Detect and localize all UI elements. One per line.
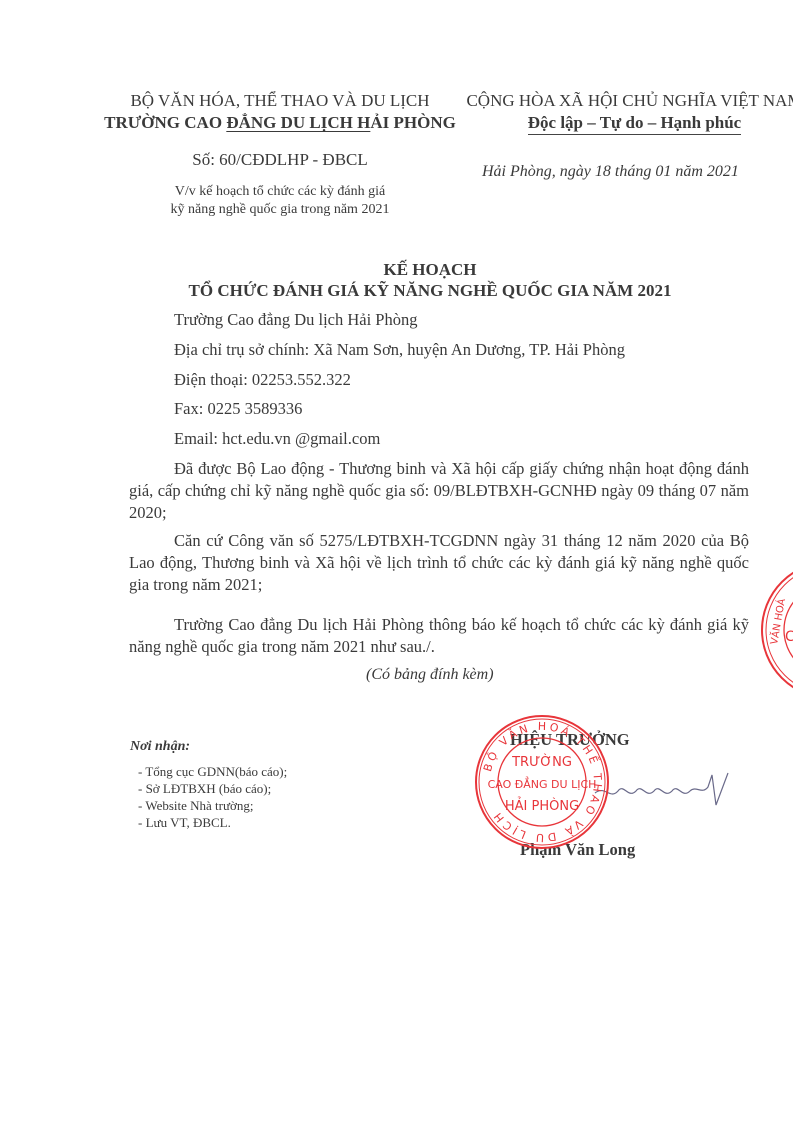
svg-text:C: C: [785, 629, 793, 645]
republic-name: CỘNG HÒA XÃ HỘI CHỦ NGHĨA VIỆT NAM: [462, 90, 793, 112]
info-email: Email: hct.edu.vn @gmail.com: [174, 429, 380, 449]
recipient-item: - Sở LĐTBXH (báo cáo);: [138, 781, 271, 797]
school-name: TRƯỜNG CAO ĐẲNG DU LỊCH HẢI PHÒNG: [100, 112, 460, 134]
ministry-name: BỘ VĂN HÓA, THỂ THAO VÀ DU LỊCH: [100, 90, 460, 112]
partial-seal-edge: VĂN HOÁ C: [755, 555, 793, 705]
issuing-authority-block: BỘ VĂN HÓA, THỂ THAO VÀ DU LỊCH TRƯỜNG C…: [100, 90, 460, 134]
recipient-item: - Lưu VT, ĐBCL.: [138, 815, 231, 831]
info-school: Trường Cao đẳng Du lịch Hải Phòng: [174, 310, 417, 330]
national-motto: Độc lập – Tự do – Hạnh phúc: [462, 112, 793, 134]
recipient-item: - Website Nhà trường;: [138, 798, 254, 814]
attachment-note: (Có bảng đính kèm): [366, 666, 494, 684]
document-subject: V/v kế hoạch tổ chức các kỳ đánh giá kỹ …: [100, 183, 460, 219]
document-title: KẾ HOẠCH TỔ CHỨC ĐÁNH GIÁ KỸ NĂNG NGHỀ Q…: [120, 259, 740, 301]
handwritten-signature: [590, 765, 730, 815]
paragraph-certification: Đã được Bộ Lao động - Thương binh và Xã …: [129, 458, 749, 524]
info-fax: Fax: 0225 3589336: [174, 399, 302, 419]
info-address: Địa chỉ trụ sở chính: Xã Nam Sơn, huyện …: [174, 340, 625, 360]
recipients-title: Nơi nhận:: [130, 739, 190, 755]
national-header-block: CỘNG HÒA XÃ HỘI CHỦ NGHĨA VIỆT NAM Độc l…: [462, 90, 793, 134]
info-phone: Điện thoại: 02253.552.322: [174, 370, 351, 390]
recipient-item: - Tổng cục GDNN(báo cáo);: [138, 764, 287, 780]
paragraph-announcement: Trường Cao đẳng Du lịch Hải Phòng thông …: [129, 614, 749, 658]
document-number: Số: 60/CĐDLHP - ĐBCL: [100, 150, 460, 170]
svg-text:CAO ĐẲNG DU LỊCH: CAO ĐẲNG DU LỊCH: [488, 776, 597, 791]
svg-text:HẢI PHÒNG: HẢI PHÒNG: [505, 797, 579, 814]
paragraph-legal-basis: Căn cứ Công văn số 5275/LĐTBXH-TCGDNN ng…: [129, 530, 749, 596]
svg-text:TRƯỜNG: TRƯỜNG: [511, 754, 572, 770]
official-seal: BỘ VĂN HOÁ THỂ THAO VÀ DU LỊCH TRƯỜNG CA…: [474, 712, 610, 852]
place-date: Hải Phòng, ngày 18 tháng 01 năm 2021: [482, 163, 739, 181]
